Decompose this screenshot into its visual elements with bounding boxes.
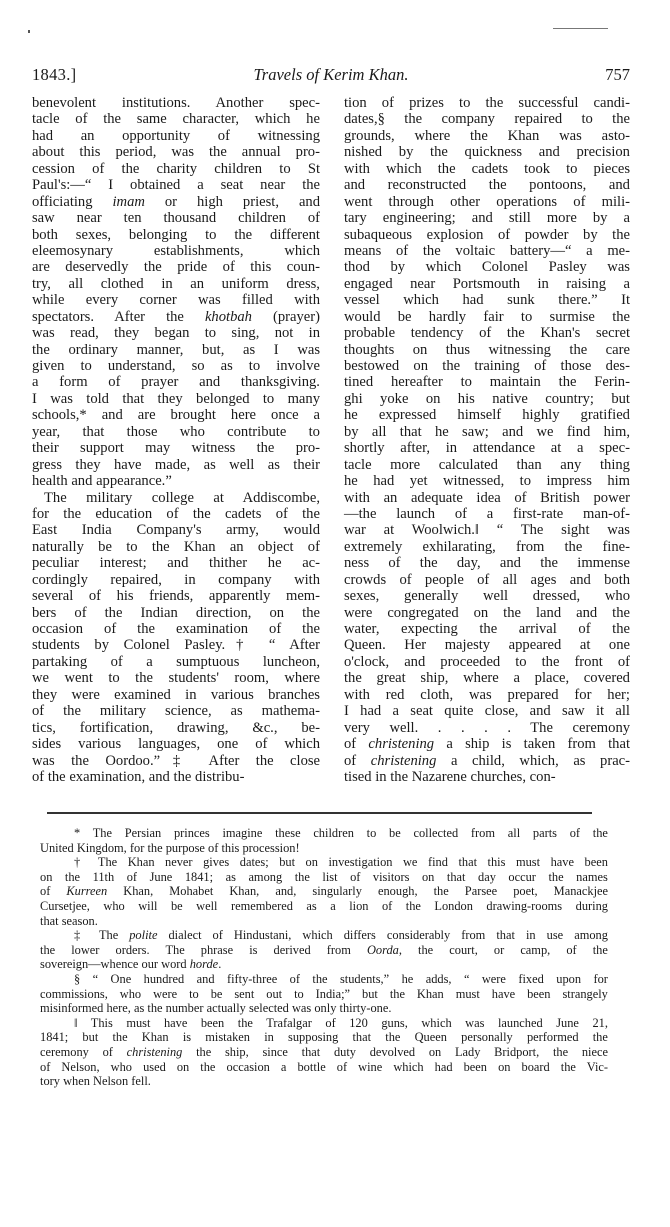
- footnote-rule: [47, 812, 592, 814]
- footnote-line: * The Persian princes imagine these chil…: [60, 826, 608, 841]
- footnote-line: § “ One hundred and fifty-three of the s…: [60, 972, 608, 987]
- text-line: spectators. After the khotbah (prayer): [32, 309, 320, 325]
- text-line: bestowed on the training of those des-: [344, 358, 630, 374]
- text-line: dates,§ the company repaired to the: [344, 111, 630, 127]
- scan-speck: [28, 30, 30, 33]
- text-line: had an opportunity of witnessing: [32, 128, 320, 144]
- text-line: engaged near Portsmouth in raising a: [344, 276, 630, 292]
- text-line: war at Woolwich.‖ “ The sight was: [344, 522, 630, 538]
- footnote-line: commissions, who were to be sent out to …: [40, 987, 608, 1002]
- text-line: and reconstructed the pontoons, and: [344, 177, 630, 193]
- text-line: given to understand, so as to involve: [32, 358, 320, 374]
- text-line: were congregated on the land and the: [344, 605, 630, 621]
- text-line: saw near ten thousand children of: [32, 210, 320, 226]
- text-line: thoughts on thus witnessing the care: [344, 342, 630, 358]
- footnote: † The Khan never gives dates; but on inv…: [60, 855, 608, 928]
- text-line: tion of prizes to the successful candi-: [344, 95, 630, 111]
- footnote-line: of Nelson, who used on the occasion a bo…: [40, 1060, 608, 1075]
- text-line: tary engineering; and still more by a: [344, 210, 630, 226]
- text-line: East India Company's army, would: [32, 522, 320, 538]
- text-line: vessel which had sunk there.” It: [344, 292, 630, 308]
- text-line: with which the cadets took to pieces: [344, 161, 630, 177]
- text-line: their support may witness the pro-: [32, 440, 320, 456]
- text-line: the ordinary manner, but, as I was: [32, 342, 320, 358]
- text-line: sides various languages, one of which: [32, 736, 320, 752]
- text-line: I was told that they belonged to many: [32, 391, 320, 407]
- text-line: health and appearance.”: [32, 473, 320, 489]
- text-line: ness of the day, and the immense: [344, 555, 630, 571]
- text-line: means of the voltaic battery—“ a me-: [344, 243, 630, 259]
- footnote-line: on the 11th of June 1841; as among the l…: [40, 870, 608, 885]
- text-line: try, all clothed in an uniform dress,: [32, 276, 320, 292]
- left-column: benevolent institutions. Another spec-ta…: [32, 95, 320, 785]
- text-line: The military college at Addiscombe,: [32, 490, 320, 506]
- text-line: he expressed himself highly gratified: [344, 407, 630, 423]
- text-line: occasion of the examination of the: [32, 621, 320, 637]
- text-line: a form of prayer and thanksgiving.: [32, 374, 320, 390]
- text-line: by all that he saw; and we find him,: [344, 424, 630, 440]
- text-line: subaqueous explosion of powder by the: [344, 227, 630, 243]
- text-line: bers of the Indian direction, on the: [32, 605, 320, 621]
- text-line: several of his friends, apparently mem-: [32, 588, 320, 604]
- text-line: naturally be to the Khan an object of: [32, 539, 320, 555]
- text-line: extremely exhilarating, from the fine-: [344, 539, 630, 555]
- footnote-line: 1841; but the Khan is mistaken in suppos…: [40, 1030, 608, 1045]
- text-line: thod by which Colonel Pasley was: [344, 259, 630, 275]
- footnote-line: ‖ This must have been the Trafalgar of 1…: [60, 1016, 608, 1031]
- text-line: tacle of the same character, which he: [32, 111, 320, 127]
- text-line: while every corner was filled with: [32, 292, 320, 308]
- text-line: they were examined in various branches: [32, 687, 320, 703]
- text-line: peculiar interest; and thither he ac-: [32, 555, 320, 571]
- text-line: with red cloth, was prepared for her;: [344, 687, 630, 703]
- footnote-line: tory when Nelson fell.: [40, 1074, 608, 1089]
- text-line: o'clock, and proceeded to the front of: [344, 654, 630, 670]
- footnote: * The Persian princes imagine these chil…: [60, 826, 608, 855]
- footnote: ‖ This must have been the Trafalgar of 1…: [60, 1016, 608, 1089]
- text-line: sexes, generally well dressed, who: [344, 588, 630, 604]
- text-line: of christening a ship is taken from that: [344, 736, 630, 752]
- text-line: was the Oordoo.”‡ After the close: [32, 753, 320, 769]
- page-number: 757: [605, 64, 630, 86]
- text-line: tacle more calculated than any thing: [344, 457, 630, 473]
- footnote-line: that season.: [40, 914, 608, 929]
- footnotes: * The Persian princes imagine these chil…: [60, 826, 608, 1089]
- footnote-line: the lower orders. The phrase is derived …: [40, 943, 608, 958]
- text-line: would be hardly fair to surmise the: [344, 309, 630, 325]
- text-line: Queen. Her majesty appeared at one: [344, 637, 630, 653]
- footnote: ‡ The polite dialect of Hindustani, whic…: [60, 928, 608, 972]
- running-head-title: Travels of Kerim Khan.: [32, 64, 630, 86]
- text-line: eleemosynary establishments, which: [32, 243, 320, 259]
- text-line: crowds of people of all ages and both: [344, 572, 630, 588]
- footnote-line: ceremony of christening the ship, since …: [40, 1045, 608, 1060]
- text-line: benevolent institutions. Another spec-: [32, 95, 320, 111]
- text-line: gress they have made, as well as their: [32, 457, 320, 473]
- text-line: both sexes, belonging to the different: [32, 227, 320, 243]
- text-line: about this period, was the annual pro-: [32, 144, 320, 160]
- text-line: probable tendency of the Khan's secret: [344, 325, 630, 341]
- text-line: grounds, where the Khan was asto-: [344, 128, 630, 144]
- text-line: —the launch of a first-rate man-of-: [344, 506, 630, 522]
- text-line: for the education of the cadets of the: [32, 506, 320, 522]
- right-column: tion of prizes to the successful candi-d…: [344, 95, 630, 785]
- footnote-line: sovereign—whence our word horde.: [40, 957, 608, 972]
- text-line: schools,* and are brought here once a: [32, 407, 320, 423]
- text-line: was read, they began to sing, not in: [32, 325, 320, 341]
- text-line: partaking of a sumptuous luncheon,: [32, 654, 320, 670]
- text-line: of christening a child, which, as prac-: [344, 753, 630, 769]
- text-line: of the examination, and the distribu-: [32, 769, 320, 785]
- text-line: very well. . . . . The ceremony: [344, 720, 630, 736]
- text-line: shortly after, in attendance at a spec-: [344, 440, 630, 456]
- book-page: 1843.] Travels of Kerim Khan. 757 benevo…: [0, 0, 670, 1227]
- text-line: water, expecting the arrival of the: [344, 621, 630, 637]
- text-line: tised in the Nazarene churches, con-: [344, 769, 630, 785]
- footnote-line: † The Khan never gives dates; but on inv…: [60, 855, 608, 870]
- text-line: cession of the charity children to St: [32, 161, 320, 177]
- text-line: nished by the quickness and precision: [344, 144, 630, 160]
- text-line: with an adequate idea of British power: [344, 490, 630, 506]
- text-line: are deservedly the pride of this coun-: [32, 259, 320, 275]
- text-line: went through other operations of mili-: [344, 194, 630, 210]
- text-line: he had yet witnessed, to impress him: [344, 473, 630, 489]
- footnote-line: ‡ The polite dialect of Hindustani, whic…: [60, 928, 608, 943]
- footnote-line: of Kurreen Khan, Mohabet Khan, and, sing…: [40, 884, 608, 899]
- text-line: I had a seat quite close, and saw it all: [344, 703, 630, 719]
- text-line: of the military science, as mathema-: [32, 703, 320, 719]
- running-head: 1843.] Travels of Kerim Khan. 757: [32, 64, 630, 86]
- text-line: ghi yoke on his native country; but: [344, 391, 630, 407]
- text-line: the great ship, where a place, covered: [344, 670, 630, 686]
- text-line: tined hereafter to maintain the Ferin-: [344, 374, 630, 390]
- text-line: cordingly repaired, in company with: [32, 572, 320, 588]
- footnote-line: Cursetjee, who will be well remembered a…: [40, 899, 608, 914]
- text-line: tics, fortification, drawing, &c., be-: [32, 720, 320, 736]
- footnote: § “ One hundred and fifty-three of the s…: [60, 972, 608, 1016]
- scan-mark: [553, 28, 608, 29]
- footnote-line: misinformed here, as the number actually…: [40, 1001, 608, 1016]
- text-line: year, that those who contribute to: [32, 424, 320, 440]
- text-line: Paul's:—“ I obtained a seat near the: [32, 177, 320, 193]
- text-line: we went to the students' room, where: [32, 670, 320, 686]
- footnote-line: United Kingdom, for the purpose of this …: [40, 841, 608, 856]
- text-line: officiating imam or high priest, and: [32, 194, 320, 210]
- text-line: students by Colonel Pasley.† “ After: [32, 637, 320, 653]
